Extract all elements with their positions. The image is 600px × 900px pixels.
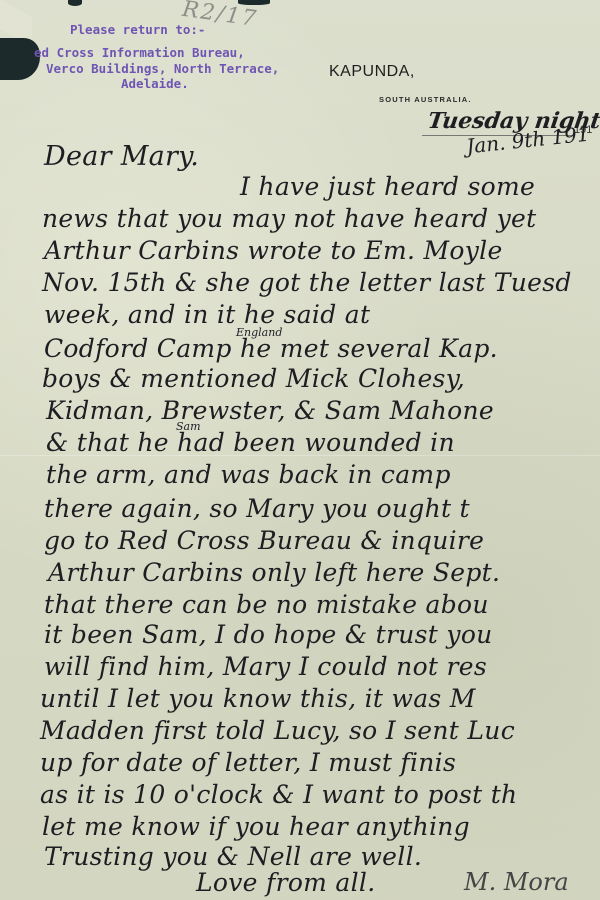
stamp-line-3: Verco Buildings, North Terrace, — [46, 61, 279, 77]
signature: M. Mora — [464, 868, 569, 896]
salutation: Dear Mary. — [44, 142, 199, 172]
letter-line: Kidman, Brewster, & Sam Mahone — [46, 396, 494, 426]
letter-line: Arthur Carbins only left here Sept. — [48, 558, 500, 588]
letter-line: as it is 10 o'clock & I want to post th — [40, 780, 517, 810]
letter-line: I have just heard some — [240, 172, 535, 202]
letter-line: boys & mentioned Mick Clohesy, — [42, 364, 465, 394]
letter-line: until I let you know this, it was M — [40, 684, 476, 714]
stamp-line-2: ed Cross Information Bureau, — [34, 45, 245, 61]
letter-line: week, and in it he said at — [44, 300, 370, 330]
return-address-stamp: Please return to:- ed Cross Information … — [0, 0, 30, 96]
letter-line: the arm, and was back in camp — [46, 460, 451, 490]
letter-line: it been Sam, I do hope & trust you — [44, 620, 493, 650]
stamp-line-1: Please return to:- — [70, 22, 205, 38]
letter-line: there again, so Mary you ought t — [44, 494, 470, 524]
letter-line: let me know if you hear anything — [42, 812, 470, 842]
letter-line: Codford Camp he met several Kap. — [44, 334, 498, 364]
letter-line: Nov. 15th & she got the letter last Tues… — [42, 268, 572, 298]
letter-line: will find him, Mary I could not res — [44, 652, 487, 682]
letterhead-town: KAPUNDA, — [329, 63, 415, 81]
letter-line: up for date of letter, I must finis — [40, 748, 456, 778]
letterhead-state: SOUTH AUSTRALIA. — [379, 95, 472, 104]
letter-line: go to Red Cross Bureau & inquire — [44, 526, 484, 556]
mounting-background-patch — [68, 0, 82, 6]
letter-line: news that you may not have heard yet — [42, 204, 537, 234]
closing: Love from all. — [196, 868, 375, 898]
letter-line: that there can be no mistake abou — [44, 590, 489, 620]
letter-line: Arthur Carbins wrote to Em. Moyle — [44, 236, 503, 266]
stamp-line-4: Adelaide. — [121, 76, 189, 92]
letter-line: Madden first told Lucy, so I sent Luc — [40, 716, 515, 746]
letter-line: & that he had been wounded in — [46, 428, 455, 458]
